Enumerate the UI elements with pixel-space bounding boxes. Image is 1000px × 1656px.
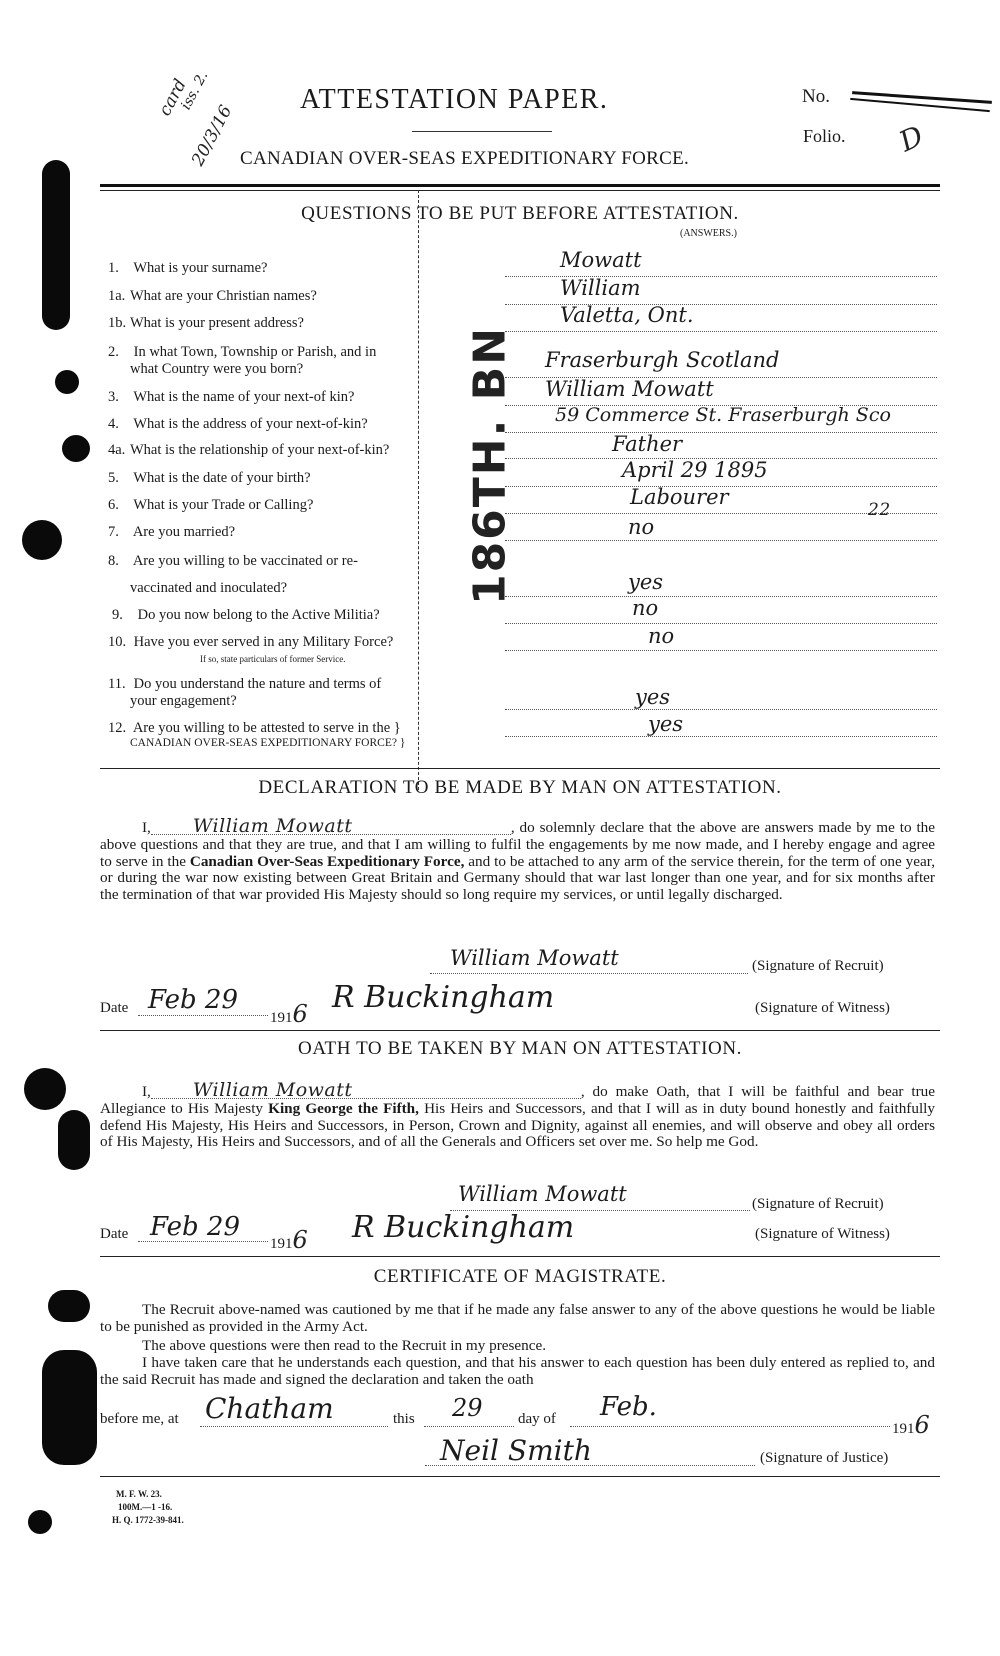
declaration-recruit-signature: William Mowatt: [450, 946, 619, 970]
answer-married: no: [628, 515, 654, 539]
answer-trade: Labourer: [630, 485, 729, 509]
question-12-cont: CANADIAN OVER-SEAS EXPEDITIONARY FORCE? …: [130, 737, 405, 749]
oath-recruit-signature: William Mowatt: [458, 1182, 627, 1206]
date-label: Date: [100, 1000, 128, 1017]
answer-active-militia: no: [632, 596, 658, 620]
form-code: M. F. W. 23. 100M.—1 -16. H. Q. 1772-39-…: [112, 1488, 184, 1527]
declaration-heading: DECLARATION TO BE MADE BY MAN ON ATTESTA…: [100, 777, 940, 799]
answer-birthplace: Fraserburgh Scotland: [545, 348, 779, 372]
ink-blot: [62, 435, 90, 462]
question-8-cont: vaccinated and inoculated?: [130, 580, 287, 597]
question-3: 3. What is the name of your next-of kin?: [108, 389, 354, 406]
declaration-date: Feb 29: [148, 985, 238, 1015]
answers-header: (ANSWERS.): [680, 228, 737, 239]
question-10-note: If so, state particulars of former Servi…: [200, 654, 345, 664]
document-subtitle: CANADIAN OVER-SEAS EXPEDITIONARY FORCE.: [240, 148, 689, 170]
answer-military-service: no: [648, 624, 674, 648]
section-divider: [100, 1030, 940, 1031]
ink-blot: [58, 1110, 90, 1170]
question-10: 10. Have you ever served in any Military…: [108, 634, 393, 651]
answer-line: [505, 432, 937, 433]
oath-heading: OATH TO BE TAKEN BY MAN ON ATTESTATION.: [100, 1038, 940, 1060]
answer-christian-names: William: [560, 276, 641, 300]
certificate-para-3: I have taken care that he understands ea…: [100, 1355, 935, 1389]
ink-blot: [55, 370, 79, 394]
question-4a: 4a.What is the relationship of your next…: [108, 442, 389, 459]
ink-blot: [24, 1068, 66, 1110]
declaration-text: I,William Mowatt, do solemnly declare th…: [100, 818, 935, 904]
answer-line: [505, 623, 937, 624]
question-2-cont: what Country were you born?: [130, 361, 303, 378]
oath-witness-signature: R Buckingham: [352, 1210, 574, 1245]
document-title: ATTESTATION PAPER.: [300, 84, 608, 116]
answer-understand-terms: yes: [635, 685, 670, 709]
this-label: this: [393, 1411, 415, 1428]
oath-text: I,William Mowatt, do make Oath, that I w…: [100, 1082, 935, 1151]
question-7: 7. Are you married?: [108, 524, 235, 541]
answer-line: [505, 709, 937, 710]
justice-signature: Neil Smith: [440, 1434, 592, 1467]
section-divider: [100, 768, 940, 769]
question-6: 6. What is your Trade or Calling?: [108, 497, 313, 514]
place-line: [200, 1426, 388, 1427]
section-divider: [100, 1256, 940, 1257]
date-label: Date: [100, 1226, 128, 1243]
answer-line: [505, 331, 937, 332]
justice-signature-label: (Signature of Justice): [760, 1450, 888, 1467]
margin-note-date: 20/3/16: [188, 102, 236, 169]
question-1a: 1a.What are your Christian names?: [108, 288, 317, 305]
certificate-para-1: The Recruit above-named was cautioned by…: [100, 1302, 935, 1336]
section-divider: [100, 1476, 940, 1477]
answer-line: [505, 736, 937, 737]
oath-date: Feb 29: [150, 1212, 240, 1242]
witness-signature-label: (Signature of Witness): [755, 1000, 890, 1017]
unit-stamp: 186TH. BN: [465, 306, 516, 626]
year-label: 1916: [270, 1000, 308, 1028]
answer-present-address: Valetta, Ont.: [560, 303, 694, 327]
day-line: [424, 1426, 514, 1427]
answer-relationship: Father: [612, 432, 682, 456]
folio-value: D: [894, 119, 929, 159]
question-11: 11. Do you understand the nature and ter…: [108, 676, 381, 693]
ink-blot: [48, 1290, 90, 1322]
month-line: [570, 1426, 890, 1427]
answer-willing-attested: yes: [648, 712, 683, 736]
no-label: No.: [802, 86, 830, 108]
declaration-witness-signature: R Buckingham: [332, 980, 554, 1015]
answer-surname: Mowatt: [560, 248, 642, 272]
ink-blot-top: [42, 160, 70, 330]
recruit-signature-label: (Signature of Recruit): [752, 1196, 884, 1213]
question-5: 5. What is the date of your birth?: [108, 470, 311, 487]
question-4: 4. What is the address of your next-of-k…: [108, 416, 368, 433]
ink-blot: [22, 520, 62, 560]
year-label: 1916: [892, 1411, 930, 1439]
age-annotation: 22: [868, 500, 891, 520]
answer-line: [505, 540, 937, 541]
declaration-name: William Mowatt: [151, 818, 511, 835]
title-divider: [412, 131, 552, 132]
question-11-cont: your engagement?: [130, 693, 237, 710]
answer-date-of-birth: April 29 1895: [622, 458, 768, 482]
date-line: [138, 1015, 268, 1016]
day-of-label: day of: [518, 1411, 556, 1428]
ink-blot: [42, 1350, 97, 1465]
question-9: 9. Do you now belong to the Active Milit…: [112, 607, 380, 624]
ink-blot: [28, 1510, 52, 1534]
certificate-heading: CERTIFICATE OF MAGISTRATE.: [100, 1266, 940, 1288]
certificate-para-2: The above questions were then read to th…: [100, 1338, 935, 1355]
certificate-day: 29: [452, 1394, 483, 1422]
answer-line: [505, 596, 937, 597]
answer-vaccinated: yes: [628, 570, 663, 594]
oath-name: William Mowatt: [151, 1082, 581, 1099]
answer-line: [505, 650, 937, 651]
answer-next-of-kin-address: 59 Commerce St. Fraserburgh Sco: [555, 404, 891, 426]
question-8: 8. Are you willing to be vaccinated or r…: [108, 553, 358, 570]
signature-line: [430, 973, 748, 974]
question-2: 2. In what Town, Township or Parish, and…: [108, 344, 376, 361]
witness-signature-label: (Signature of Witness): [755, 1226, 890, 1243]
question-1: 1. What is your surname?: [108, 260, 267, 277]
questions-heading: QUESTIONS TO BE PUT BEFORE ATTESTATION.: [100, 203, 940, 225]
question-1b: 1b.What is your present address?: [108, 315, 304, 332]
year-label: 1916: [270, 1226, 308, 1254]
fold-line: [418, 190, 419, 790]
answer-next-of-kin-name: William Mowatt: [545, 377, 714, 401]
recruit-signature-label: (Signature of Recruit): [752, 958, 884, 975]
header-divider: [100, 190, 940, 191]
question-12: 12. Are you willing to be attested to se…: [108, 720, 401, 737]
certificate-place: Chatham: [205, 1392, 334, 1425]
folio-label: Folio.: [803, 126, 846, 147]
certificate-month: Feb.: [600, 1392, 657, 1422]
header-divider: [100, 184, 940, 187]
before-me-label: before me, at: [100, 1411, 179, 1428]
